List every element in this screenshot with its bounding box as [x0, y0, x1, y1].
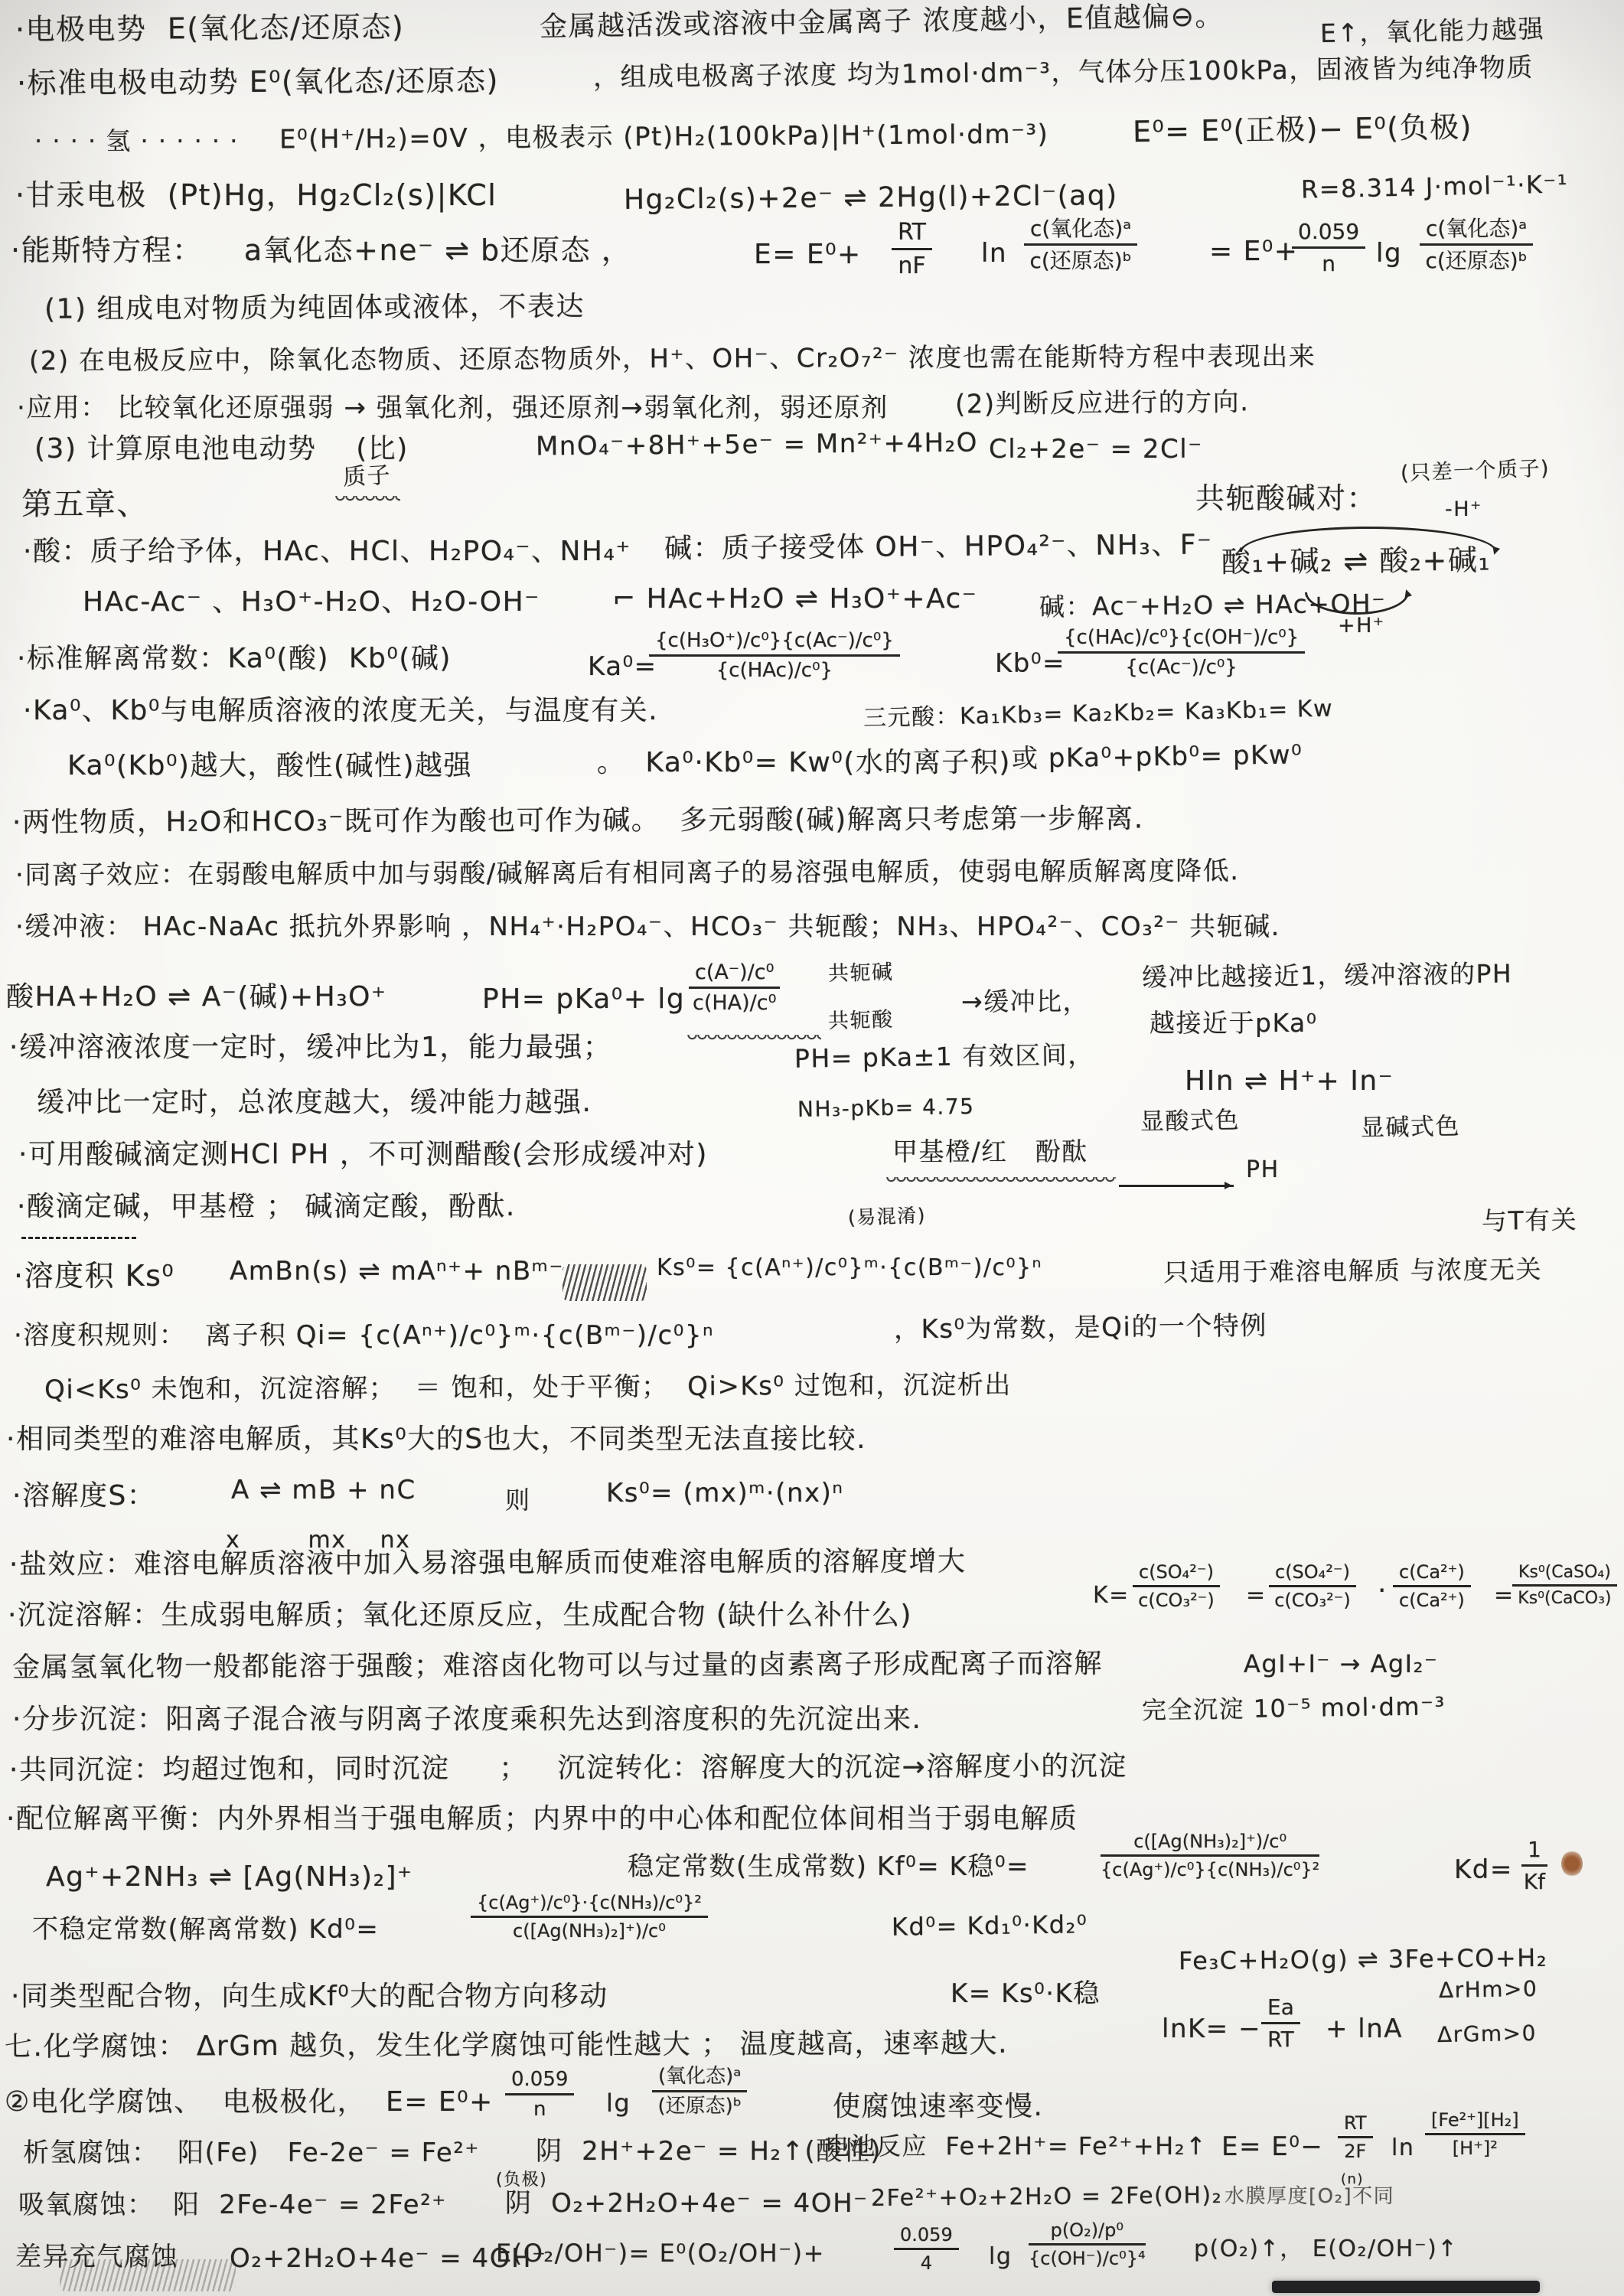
handwritten-line: HIn ⇌ H⁺+ In⁻: [1185, 1065, 1394, 1097]
handwritten-line: 吸氧腐蚀： 阳 2Fe-4e⁻ = 2Fe²⁺: [18, 2190, 447, 2220]
handwritten-line: ·相同类型的难溶电解质，其Ks⁰大的S也大，不同类型无法直接比较.: [6, 1424, 866, 1455]
handwritten-line: ·溶度积规则： 离子积 Qi= {c(Aⁿ⁺)/c⁰}ᵐ·{c(Bᵐ⁻)/c⁰}…: [14, 1321, 714, 1351]
handwritten-line: Fe₃C+H₂O(g) ⇌ 3Fe+CO+H₂: [1179, 1944, 1547, 1975]
handwritten-line: Qi<Ks⁰ 未饱和，沉淀溶解； ＝ 饱和，处于平衡； Qi>Ks⁰ 过饱和，沉…: [44, 1371, 1012, 1406]
handwritten-line: 完全沉淀 10⁻⁵ mol·dm⁻³: [1142, 1692, 1446, 1724]
stain-mark: [1561, 1851, 1583, 1877]
handwritten-fraction: EaRT: [1261, 1994, 1300, 2052]
handwritten-line: lg: [1376, 239, 1402, 269]
handwritten-line: -H⁺: [1445, 497, 1482, 521]
handwritten-line: (2)判断反应进行的方向.: [955, 387, 1250, 419]
handwritten-line: 共轭碱: [828, 960, 894, 986]
handwritten-line: Hg₂Cl₂(s)+2e⁻ ⇌ 2Hg(l)+2Cl⁻(aq): [624, 180, 1118, 216]
handwritten-fraction: {c(H₃O⁺)/c⁰}{c(Ac⁻)/c⁰}{c(HAc)/c⁰}: [649, 629, 900, 683]
handwritten-line: Ka⁰(Kb⁰)越大，酸性(碱性)越强: [67, 750, 472, 781]
handwritten-line: ·共同沉淀：均超过饱和，同时沉淀 ； 沉淀转化：溶解度大的沉淀→溶解度小的沉淀: [9, 1750, 1127, 1786]
handwritten-line: PH= pKa⁰+ lg: [482, 983, 685, 1015]
handwritten-line: R=8.314 J·mol⁻¹·K⁻¹: [1301, 170, 1569, 204]
handwritten-fraction: RTnF: [892, 219, 932, 280]
handwritten-line: A ⇌ mB + nC: [231, 1476, 416, 1505]
handwritten-line: AmBn(s) ⇌ mAⁿ⁺+ nBᵐ⁻: [230, 1257, 564, 1287]
handwritten-fraction: {c(Ag⁺)/c⁰}·{c(NH₃)/c⁰}²c([Ag(NH₃)₂]⁺)/c…: [471, 1892, 708, 1942]
handwritten-line: ·标准电极电动势 E⁰(氧化态/还原态): [17, 64, 499, 100]
handwritten-line: 质子: [342, 462, 392, 491]
handwritten-line: (3) 计算原电池电动势 (比): [34, 433, 409, 465]
handwritten-line: 七.化学腐蚀： ΔrGm 越负，发生化学腐蚀可能性越大 ； 温度越高，速率越大.: [5, 2028, 1008, 2063]
handwritten-line: ·溶解度S：: [12, 1480, 155, 1512]
handwritten-fraction: c(A⁻)/c⁰c(HA)/c⁰: [689, 960, 780, 1016]
handwritten-line: 金属越活泼或溶液中金属离子 浓度越小，E值越偏⊖。: [540, 1, 1224, 43]
handwritten-line: ·可用酸碱滴定测HCl PH ，不可测醋酸(会形成缓冲对): [18, 1139, 708, 1170]
handwritten-fraction: c(氧化态)ᵃc(还原态)ᵇ: [1024, 216, 1137, 273]
handwritten-line: PH: [1246, 1157, 1280, 1184]
handwritten-line: →缓冲比，: [961, 987, 1089, 1016]
handwritten-line: E⁰= E⁰(正极)− E⁰(负极): [1133, 111, 1472, 149]
handwritten-fraction: {c(HAc)/c⁰}{c(OH⁻)/c⁰}{c(Ac⁻)/c⁰}: [1058, 626, 1305, 680]
handwritten-line: K=: [1093, 1583, 1130, 1609]
handwritten-line: = E⁰+: [1209, 236, 1298, 267]
handwritten-line: 只适用于难溶电解质 与浓度无关: [1163, 1255, 1542, 1287]
handwritten-line: 金属氢氧化物一般都能溶于强酸；难溶卤化物可以与过量的卤素离子形成配离子而溶解: [12, 1649, 1103, 1684]
handwritten-line: E↑，氧化能力越强: [1320, 15, 1545, 48]
handwritten-line: ·酸：质子给予体，HAc、HCl、H₂PO₄⁻、NH₄⁺: [23, 536, 631, 567]
handwritten-line: 碱：质子接受体 OH⁻、HPO₄²⁻、NH₃、F⁻: [664, 529, 1213, 564]
handwritten-line: (负极): [496, 2170, 547, 2190]
handwritten-line: 共轭酸: [828, 1008, 894, 1033]
handwritten-line: ·: [1378, 1575, 1388, 1606]
handwritten-line: 酸₁+碱₂ ⇌ 酸₂+碱₁: [1221, 543, 1491, 579]
handwritten-fraction: c(氧化态)ᵃc(还原态)ᵇ: [1420, 216, 1533, 273]
handwritten-line: 电池反应 Fe+2H⁺= Fe²⁺+H₂↑: [825, 2132, 1207, 2161]
handwritten-line: (只差一个质子): [1401, 457, 1551, 486]
handwritten-line: p(O₂)↑， E(O₂/OH⁻)↑: [1194, 2236, 1458, 2263]
handwritten-line: 甲基橙/红 酚酞: [892, 1137, 1088, 1166]
handwritten-fraction: (氧化态)ᵃ(还原态)ᵇ: [652, 2065, 747, 2118]
handwritten-line: 显碱式色: [1361, 1114, 1461, 1143]
handwritten-line: ·盐效应：难溶电解质溶液中加入易溶强电解质而使难溶电解质的溶解度增大: [9, 1546, 967, 1581]
handwritten-fraction: [Fe²⁺][H₂][H⁺]²: [1425, 2109, 1525, 2160]
wavy-mark: [886, 1177, 1116, 1185]
dashes-mark: [21, 1237, 136, 1239]
handwritten-line: E= E⁰+: [754, 239, 862, 270]
handwritten-line: E= E⁰−: [1221, 2132, 1323, 2162]
handwritten-line: 阴 O₂+2H₂O+4e⁻ = 4OH⁻: [505, 2189, 869, 2219]
handwritten-line: 显酸式色: [1140, 1107, 1241, 1137]
handwritten-line: lg: [606, 2089, 631, 2118]
handwritten-line: 越接近于pKa⁰: [1150, 1009, 1317, 1038]
handwritten-line: K= Ks⁰·K稳: [951, 1979, 1101, 2009]
handwritten-line: 稳定常数(生成常数) Kf⁰= K稳⁰=: [628, 1852, 1029, 1882]
wavy-mark: [687, 1035, 821, 1042]
handwritten-line: ，Ks⁰为常数，是Qi的一个特例: [894, 1311, 1267, 1345]
handwritten-line: 使腐蚀速率变慢.: [833, 2091, 1043, 2122]
handwritten-line: E⁰(H⁺/H₂)=0V ，电极表示 (Pt)H₂(100kPa)|H⁺(1mo…: [279, 119, 1049, 155]
handwritten-fraction: 0.059n: [505, 2068, 574, 2122]
handwritten-line: 析氢腐蚀： 阳(Fe) Fe-2e⁻ = Fe²⁺: [23, 2138, 480, 2168]
handwritten-fraction: c(SO₄²⁻)c(CO₃²⁻): [1269, 1561, 1356, 1612]
handwritten-line: Kb⁰=: [995, 649, 1065, 679]
handwritten-line: Kd=: [1454, 1855, 1513, 1885]
handwritten-line: lnK= −: [1162, 2014, 1261, 2044]
handwritten-line: Cl₂+2e⁻ = 2Cl⁻: [989, 435, 1203, 465]
handwritten-line: 缓冲比越接近1，缓冲溶液的PH: [1142, 959, 1513, 992]
handwritten-fraction: Ks⁰(CaSO₄)Ks⁰(CaCO₃): [1512, 1563, 1617, 1609]
handwritten-line: ·配位解离平衡：内外界相当于强电解质；内界中的中心体和配位体间相当于弱电解质: [6, 1803, 1078, 1835]
handwritten-line: =: [1246, 1583, 1267, 1609]
handwritten-fraction: c(Ca²⁺)c(Ca²⁺): [1393, 1561, 1471, 1612]
handwritten-line: 。 Ka⁰·Kb⁰= Kw⁰(水的离子积): [597, 747, 1011, 778]
handwritten-line: 或 pKa⁰+pKb⁰= pKw⁰: [1012, 740, 1303, 774]
handwritten-line: ·两性物质，H₂O和HCO₃⁻既可作为酸也可作为碱。 多元弱酸(碱)解离只考虑第…: [12, 803, 1144, 839]
handwritten-fraction: 0.0594: [894, 2224, 959, 2275]
handwritten-line: 缓冲比一定时，总浓度越大，缓冲能力越强.: [37, 1087, 592, 1118]
handwritten-line: =: [1494, 1583, 1515, 1609]
handwritten-fraction: 0.059n: [1292, 219, 1365, 276]
handwritten-line: 与T有关: [1482, 1205, 1578, 1236]
handwritten-line: ·电极电势 E(氧化态/还原态): [15, 11, 404, 47]
handwritten-fraction: p(O₂)/p⁰{c(OH⁻)/c⁰}⁴: [1029, 2219, 1146, 2270]
handwritten-line: ②电化学腐蚀、 电极极化， E= E⁰+: [5, 2086, 494, 2118]
handwritten-line: (易混淆): [848, 1205, 927, 1229]
handwritten-fraction: c(SO₄²⁻)c(CO₃²⁻): [1133, 1561, 1220, 1612]
bar-mark: [1272, 2281, 1540, 2293]
handwritten-line: ·标准解离常数：Ka⁰(酸) Kb⁰(碱): [17, 643, 452, 674]
handwritten-line: 不稳定常数(解离常数) Kd⁰=: [32, 1915, 379, 1945]
handwritten-line: ln: [981, 239, 1007, 269]
handwritten-line: Ag⁺+2NH₃ ⇌ [Ag(NH₃)₂]⁺: [46, 1861, 413, 1893]
handwritten-line: E(O₂/OH⁻)= E⁰(O₂/OH⁻)+: [496, 2239, 825, 2268]
handwritten-line: 2Fe²⁺+O₂+2H₂O = 2Fe(OH)₂: [871, 2183, 1222, 2213]
handwritten-line: 三元酸：Ka₁Kb₃= Ka₂Kb₂= Ka₃Kb₁= Kw: [863, 696, 1334, 732]
handwritten-line: 酸HA+H₂O ⇌ A⁻(碱)+H₃O⁺: [6, 981, 386, 1013]
handwritten-fraction: 1Kf: [1521, 1837, 1547, 1894]
handwritten-line: (1) 组成电对物质为纯固体或液体，不表达: [44, 291, 585, 325]
handwritten-line: HAc-Ac⁻ 、H₃O⁺-H₂O、H₂O-OH⁻: [83, 586, 540, 618]
handwritten-line: ·Ka⁰、Kb⁰与电解质溶液的浓度无关，与温度有关.: [23, 695, 658, 726]
handwritten-line: ·同类型配合物，向生成Kf⁰大的配合物方向移动: [11, 1981, 608, 2012]
handwritten-line: 第五章、: [21, 487, 148, 522]
wavy-mark: [335, 496, 400, 504]
handwritten-line: 共轭酸碱对：: [1195, 482, 1377, 516]
handwritten-fraction: RT2F: [1338, 2112, 1373, 2163]
handwritten-line: MnO₄⁻+8H⁺+5e⁻ = Mn²⁺+4H₂O: [536, 428, 978, 461]
harrow-mark: [1119, 1185, 1234, 1187]
handwritten-line: ·溶度积 Ks⁰: [14, 1260, 174, 1293]
handwritten-line: + lnA: [1326, 2014, 1403, 2044]
handwritten-line: ·缓冲溶液浓度一定时，缓冲比为1，能力最强；: [9, 1032, 611, 1063]
handwritten-line: Ks⁰= (mx)ᵐ·(nx)ⁿ: [606, 1479, 843, 1508]
handwritten-line: Ka⁰=: [588, 652, 657, 682]
handwritten-line: Ks⁰= {c(Aⁿ⁺)/c⁰}ᵐ·{c(Bᵐ⁻)/c⁰}ⁿ: [657, 1255, 1042, 1282]
handwritten-line: 碱：Ac⁻+H₂O ⇌ HAc+OH⁻: [1039, 589, 1387, 622]
handwritten-line: · · · · 氢 · · · · · ·: [34, 127, 239, 155]
handwritten-line: ΔrGm>0: [1437, 2021, 1537, 2047]
handwritten-line: lg: [989, 2244, 1012, 2271]
handwritten-line: 水膜厚度[O₂]不同: [1225, 2186, 1394, 2209]
scribble-mark: [563, 1264, 647, 1301]
handwritten-line: ΔrHm>0: [1439, 1977, 1538, 2003]
handwritten-line: ⌐ HAc+H₂O ⇌ H₃O⁺+Ac⁻: [612, 583, 977, 615]
handwritten-line: ·分步沉淀：阳离子混合液与阴离子浓度乘积先达到溶度积的先沉淀出来.: [12, 1704, 921, 1735]
handwritten-line: ln: [1391, 2135, 1414, 2162]
handwritten-line: Kd⁰= Kd₁⁰·Kd₂⁰: [892, 1910, 1088, 1941]
handwritten-line: ·酸滴定碱，甲基橙 ； 碱滴定酸，酚酞.: [17, 1191, 516, 1222]
scribble-mark: [60, 2259, 236, 2291]
handwritten-fraction: c([Ag(NH₃)₂]⁺)/c⁰{c(Ag⁺)/c⁰}{c(NH₃)/c⁰}²: [1101, 1831, 1319, 1881]
handwritten-line: ·甘汞电极 (Pt)Hg，Hg₂Cl₂(s)|KCl: [15, 179, 497, 213]
handwritten-line: 则: [505, 1486, 531, 1515]
handwritten-line: NH₃-pKb= 4.75: [797, 1094, 975, 1122]
handwritten-line: ·应用： 比较氧化还原强弱 → 强氧化剂，强还原剂→弱氧化剂，弱还原剂: [17, 393, 889, 423]
handwritten-line: PH= pKa±1 有效区间，: [794, 1040, 1094, 1073]
handwritten-line: (2) 在电极反应中，除氧化态物质、还原态物质外，H⁺、OH⁻、Cr₂O₇²⁻ …: [29, 342, 1316, 377]
handwritten-line: ·能斯特方程： a氧化态+ne⁻ ⇌ b还原态 ，: [11, 234, 631, 268]
handwritten-line: ·缓冲液： HAc-NaAc 抵抗外界影响 ，NH₄⁺·H₂PO₄⁻、HCO₃⁻…: [15, 912, 1280, 942]
handwritten-line: ，组成电极离子浓度 均为1mol·dm⁻³，气体分压100kPa，固液皆为纯净物…: [593, 54, 1534, 93]
handwritten-line: AgI+I⁻ → AgI₂⁻: [1244, 1650, 1438, 1678]
notebook-page: ·电极电势 E(氧化态/还原态)金属越活泼或溶液中金属离子 浓度越小，E值越偏⊖…: [0, 0, 1624, 2296]
handwritten-line: ·沉淀溶解：生成弱电解质；氧化还原反应，生成配合物 (缺什么补什么): [8, 1600, 912, 1631]
handwritten-line: ·同离子效应：在弱酸电解质中加与弱酸/碱解离后有相同离子的易溶强电解质，使弱电解…: [15, 856, 1240, 891]
